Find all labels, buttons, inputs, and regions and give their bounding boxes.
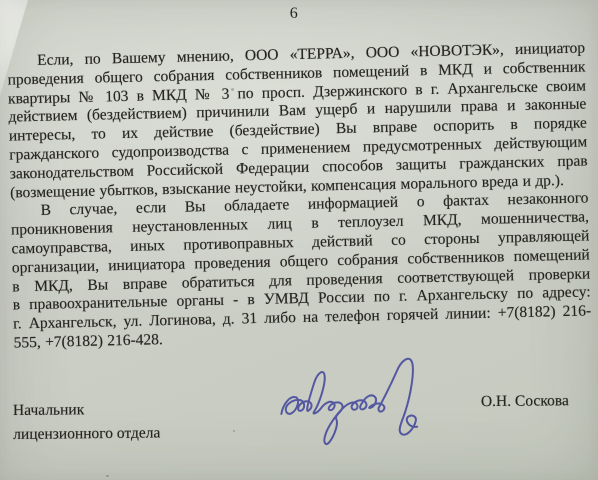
signer-position-line-1: Начальник xyxy=(13,397,160,422)
paragraph-1: Если, по Вашему мнению, ООО «ТЕРРА», ООО… xyxy=(7,39,588,202)
scan-speck xyxy=(231,88,234,91)
scan-speck xyxy=(106,475,109,477)
scanned-document-page: 6 Если, по Вашему мнению, ООО «ТЕРРА», О… xyxy=(0,0,598,480)
handwritten-signature xyxy=(274,350,443,457)
signer-name: О.Н. Соскова xyxy=(481,392,569,411)
signer-position-title: Начальник лицензионного отдела xyxy=(13,397,161,446)
document-body: Если, по Вашему мнению, ООО «ТЕРРА», ООО… xyxy=(7,39,592,353)
page-number: 6 xyxy=(0,5,588,23)
signer-position-line-2: лицензионного отдела xyxy=(13,421,160,446)
paragraph-2: В случае, если Вы обладаете информацией … xyxy=(10,190,591,353)
scan-speck xyxy=(233,430,235,432)
